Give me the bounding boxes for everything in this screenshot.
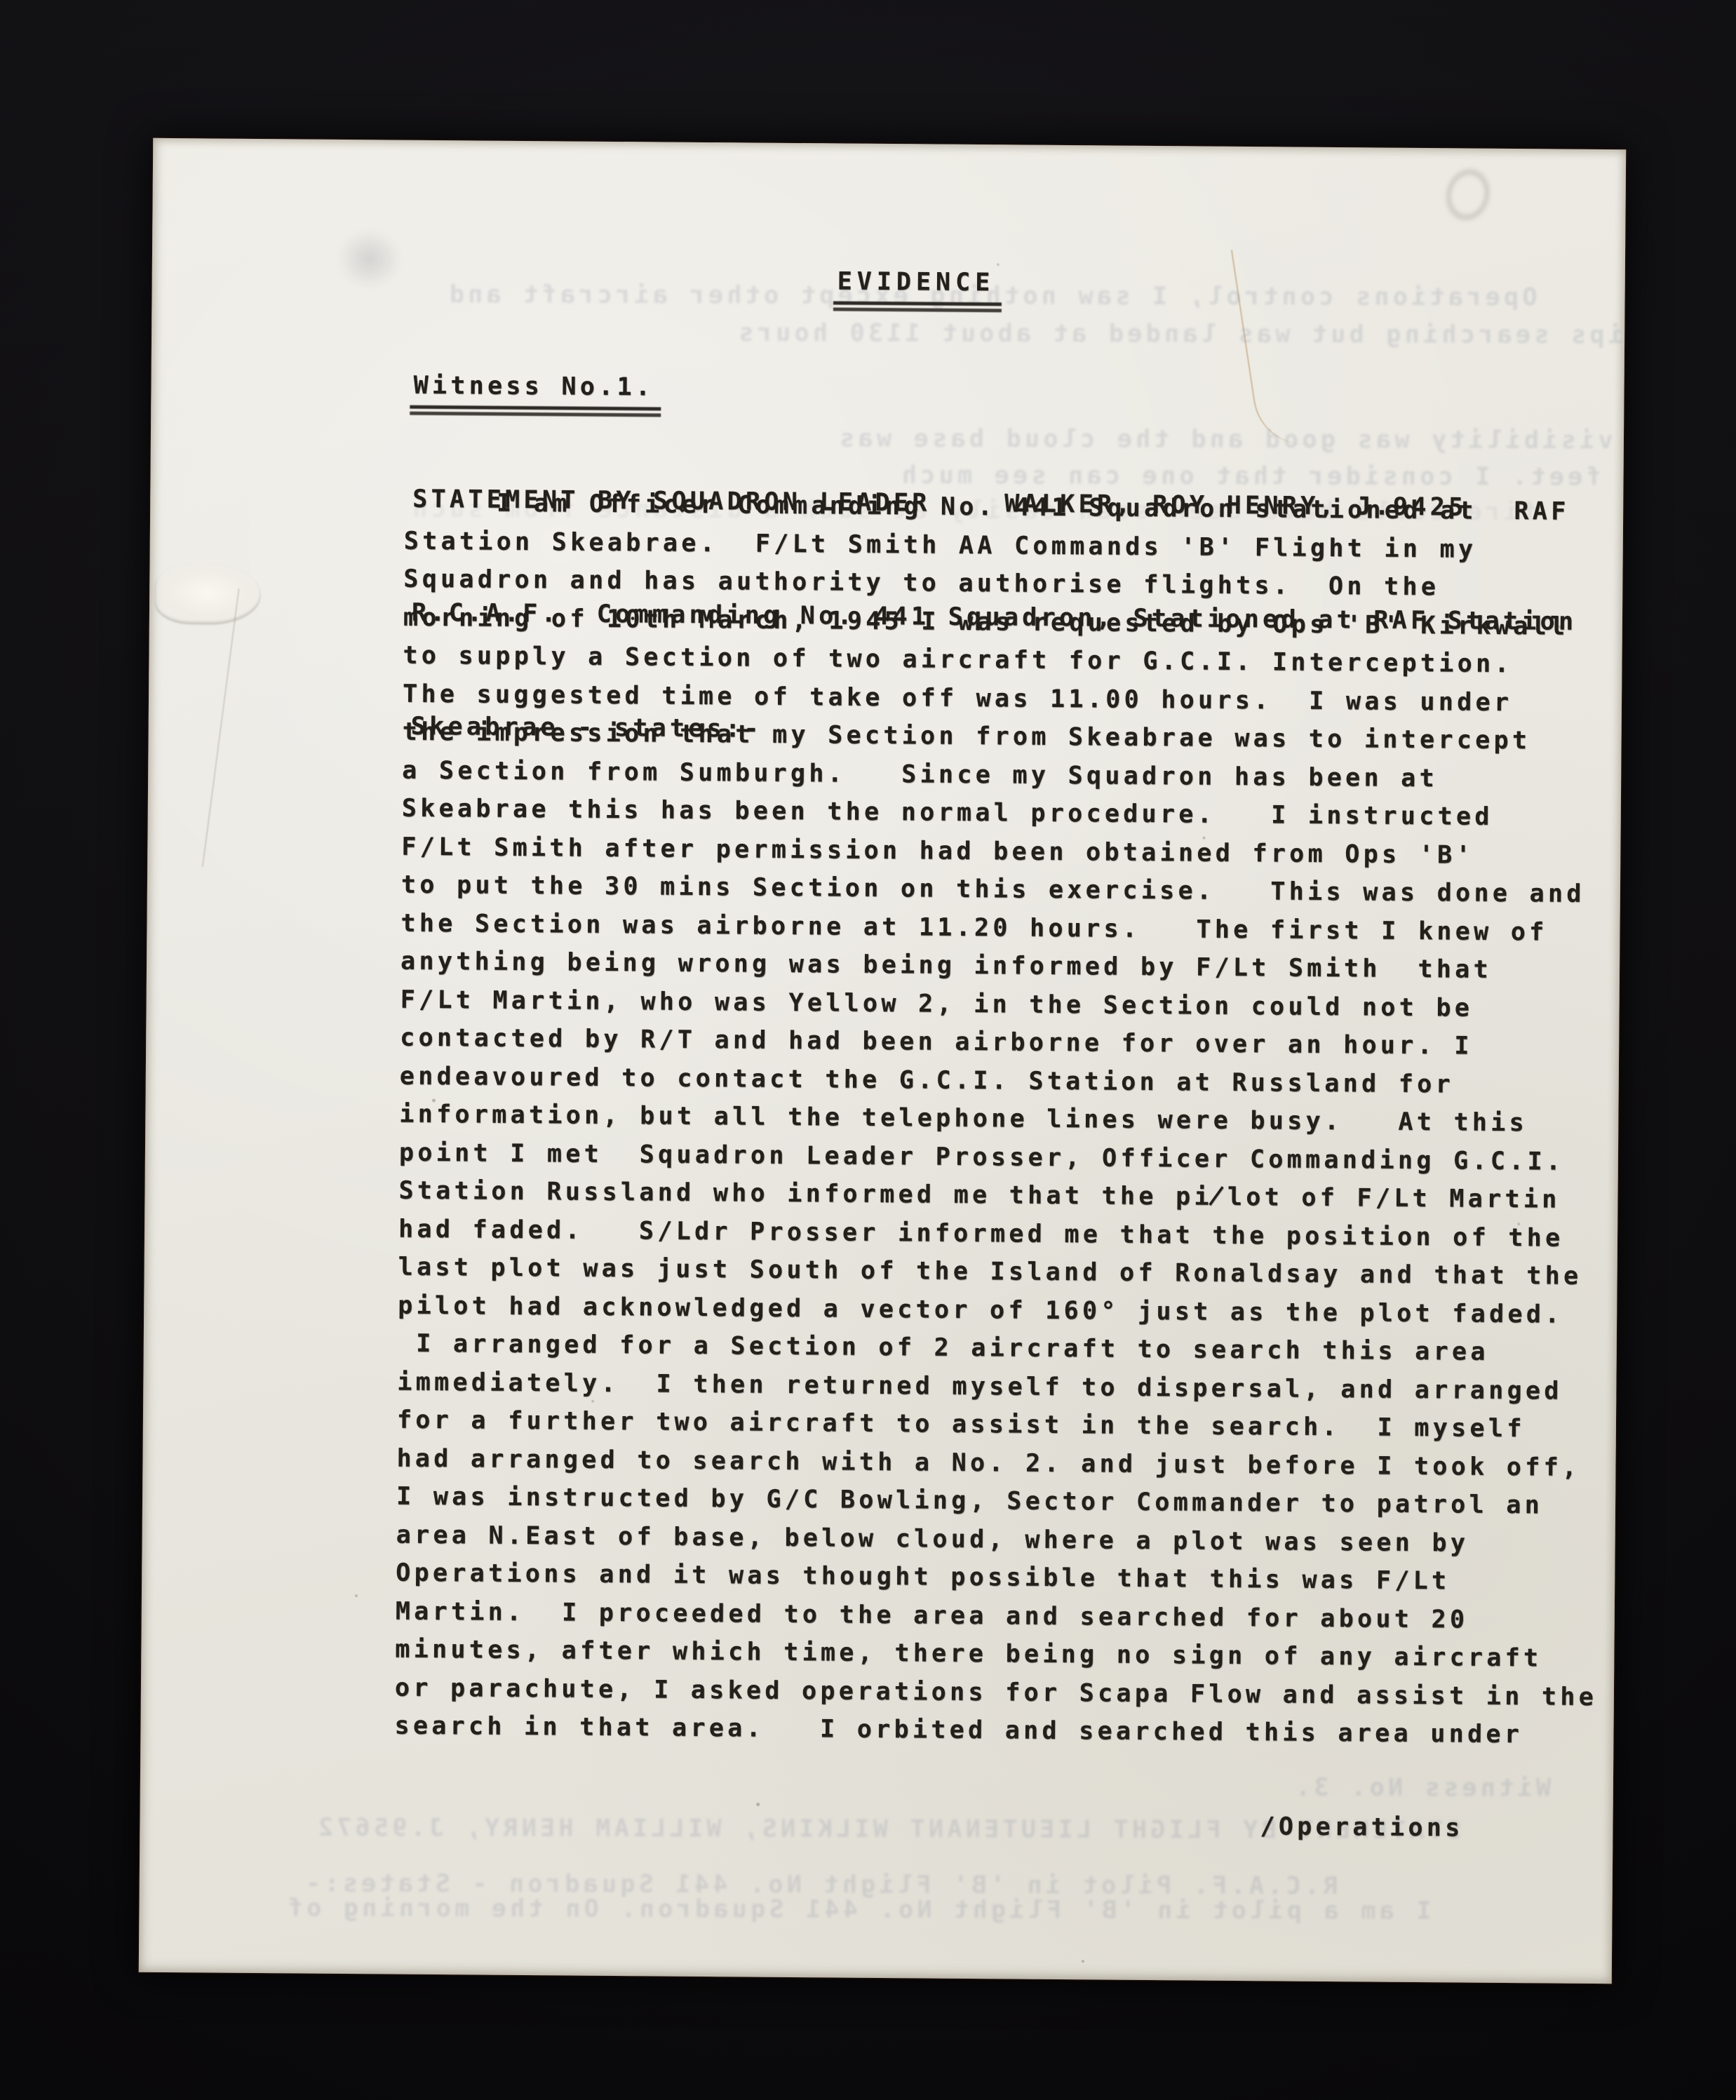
witness-heading: Witness No.1. [413,367,1579,414]
document-page: Operations control, I saw nothing except… [139,138,1626,1984]
paper-specks [153,138,154,140]
statement-body: I am Officer Commanding No. 441 Squadron… [394,484,1606,1755]
catchword-operations: /Operations [1260,1808,1464,1847]
photo-backdrop: Operations control, I saw nothing except… [0,0,1736,2100]
bleed-through-line-bottom-1: Witness No. 3. [1292,1769,1551,1808]
scuff-crease-line [202,588,240,867]
bleed-through-line-bottom-4: I am a pilot in 'B' Flight No. 441 Squad… [284,1890,1431,1930]
smudge-stain [323,217,415,302]
ring-stain [1429,152,1506,237]
edge-scuff [155,563,261,624]
